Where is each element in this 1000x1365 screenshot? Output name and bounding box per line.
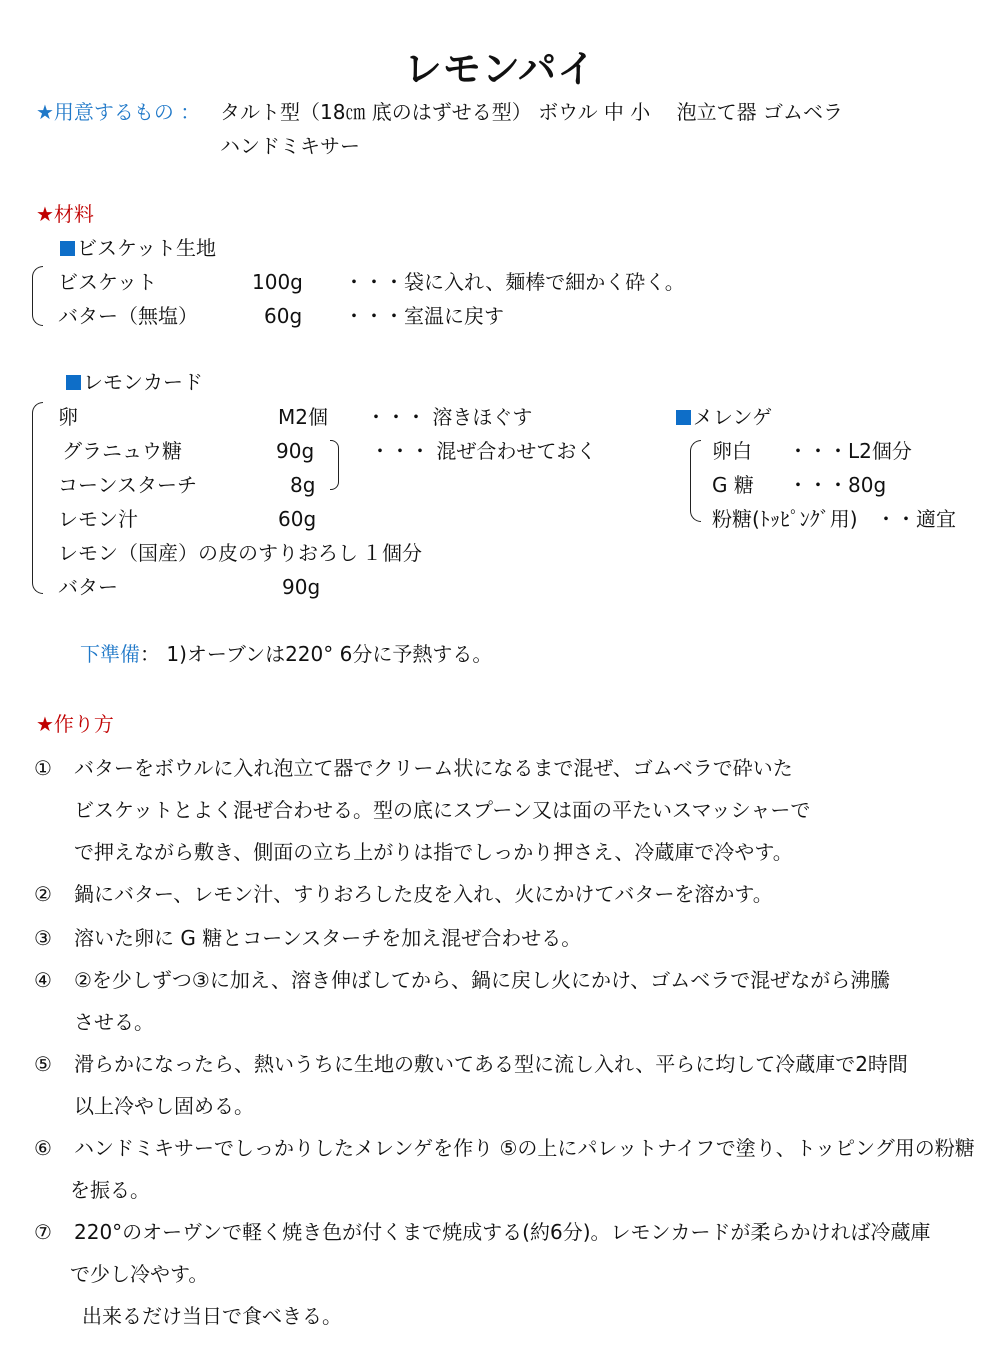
step-text: バターをボウルに入れ泡立て器でクリーム状になるまで混ぜ、ゴムベラで砕いた [74,756,793,780]
step-text: で押えながら敷き、側面の立ち上がりは指でしっかり押さえ、冷蔵庫で冷やす。 [74,840,793,864]
step-text: ビスケットとよく混ぜ合わせる。型の底にスプーン又は面の平たいスマッシャーで [74,798,810,822]
ingredient-name: レモン（国産）の皮のすりおろし [58,541,358,565]
square-bullet-icon [66,375,81,390]
ingredient-amount: ・・・80g [788,473,886,497]
closing-note: 出来るだけ当日で食べきる。 [82,1304,342,1328]
step-number: ④ [34,968,52,992]
ingredient-name: 卵 [58,405,78,429]
brace-icon [32,266,43,326]
ingredient-amount: ・・・L2個分 [788,439,912,463]
ingredient-name: ビスケット [58,270,157,294]
step-number: ⑦ [34,1220,52,1244]
method-heading: ★作り方 [36,712,114,736]
ingredient-amount: 90g [282,575,320,599]
step-text: を振る。 [70,1178,150,1202]
ingredient-note: ・・・袋に入れ、麺棒で細かく砕く。 [344,270,685,294]
ingredient-name: バター（無塩） [58,304,198,328]
ingredient-amount: 90g [276,439,314,463]
step-text: ハンドミキサーでしっかりしたメレンゲを作り ⑤の上にパレットナイフで塗り、トッピ… [74,1136,975,1160]
equipment-line-1: タルト型（18㎝ 底のはずせる型） ボウル 中 小 泡立て器 ゴムベラ [220,100,843,124]
step-text: 滑らかになったら、熱いうちに生地の敷いてある型に流し入れ、平らに均して冷蔵庫で2… [74,1052,908,1076]
ingredient-name: 粉糖(ﾄｯﾋﾟﾝｸﾞ用) [712,507,858,531]
page-title: レモンパイ [0,38,1000,93]
step-text: 220°のオーヴンで軽く焼き色が付くまで焼成する(約6分)。レモンカードが柔らか… [74,1220,931,1244]
step-text: ②を少しずつ③に加え、溶き伸ばしてから、鍋に戻し火にかけ、ゴムベラで混ぜながら沸… [74,968,890,992]
meringue-heading: メレンゲ [676,405,772,429]
brace-icon [32,402,43,594]
ingredient-amount: ・・適宜 [876,507,956,531]
biscuit-base-heading: ビスケット生地 [60,236,216,260]
step-text: 以上冷やし固める。 [74,1094,254,1118]
step-number: ⑤ [34,1052,52,1076]
brace-icon [330,440,339,490]
step-text: 溶いた卵に G 糖とコーンスターチを加え混ぜ合わせる。 [74,926,581,950]
ingredient-amount: 60g [264,304,302,328]
step-number: ③ [34,926,52,950]
step-number: ② [34,882,52,906]
step-text: 鍋にバター、レモン汁、すりおろした皮を入れ、火にかけてバターを溶かす。 [74,882,773,906]
ingredient-name: バター [58,575,118,599]
prep-text: 1)オーブンは220° 6分に予熱する。 [166,642,492,666]
ingredient-amount: １個分 [362,541,422,565]
step-number: ⑥ [34,1136,52,1160]
ingredient-amount: 8g [290,473,315,497]
ingredient-name: レモン汁 [58,507,138,531]
square-bullet-icon [60,241,75,256]
step-text: で少し冷やす。 [70,1262,208,1286]
equipment-label: ★用意するもの ： [36,100,200,124]
ingredient-name: コーンスターチ [58,473,197,497]
prep-label: 下準備 [80,642,140,666]
step-text: させる。 [74,1010,154,1034]
ingredient-note: ・・・室温に戻す [344,304,504,328]
square-bullet-icon [676,410,691,425]
step-number: ① [34,756,52,780]
ingredient-amount: 100g [252,270,303,294]
ingredient-name: G 糖 [712,473,754,497]
ingredient-name: 卵白 [712,439,752,463]
ingredient-note: ・・・ 混ぜ合わせておく [370,439,596,463]
lemon-curd-heading: レモンカード [66,370,203,394]
ingredient-name: グラニュウ糖 [62,439,182,463]
prep-line: 下準備： 1)オーブンは220° 6分に予熱する。 [80,642,492,666]
brace-icon [690,440,701,522]
equipment-line-2: ハンドミキサー [220,134,360,158]
ingredients-heading: ★材料 [36,202,94,226]
ingredient-note: ・・・ 溶きほぐす [366,405,532,429]
ingredient-amount: M2個 [278,405,328,429]
ingredient-amount: 60g [278,507,316,531]
